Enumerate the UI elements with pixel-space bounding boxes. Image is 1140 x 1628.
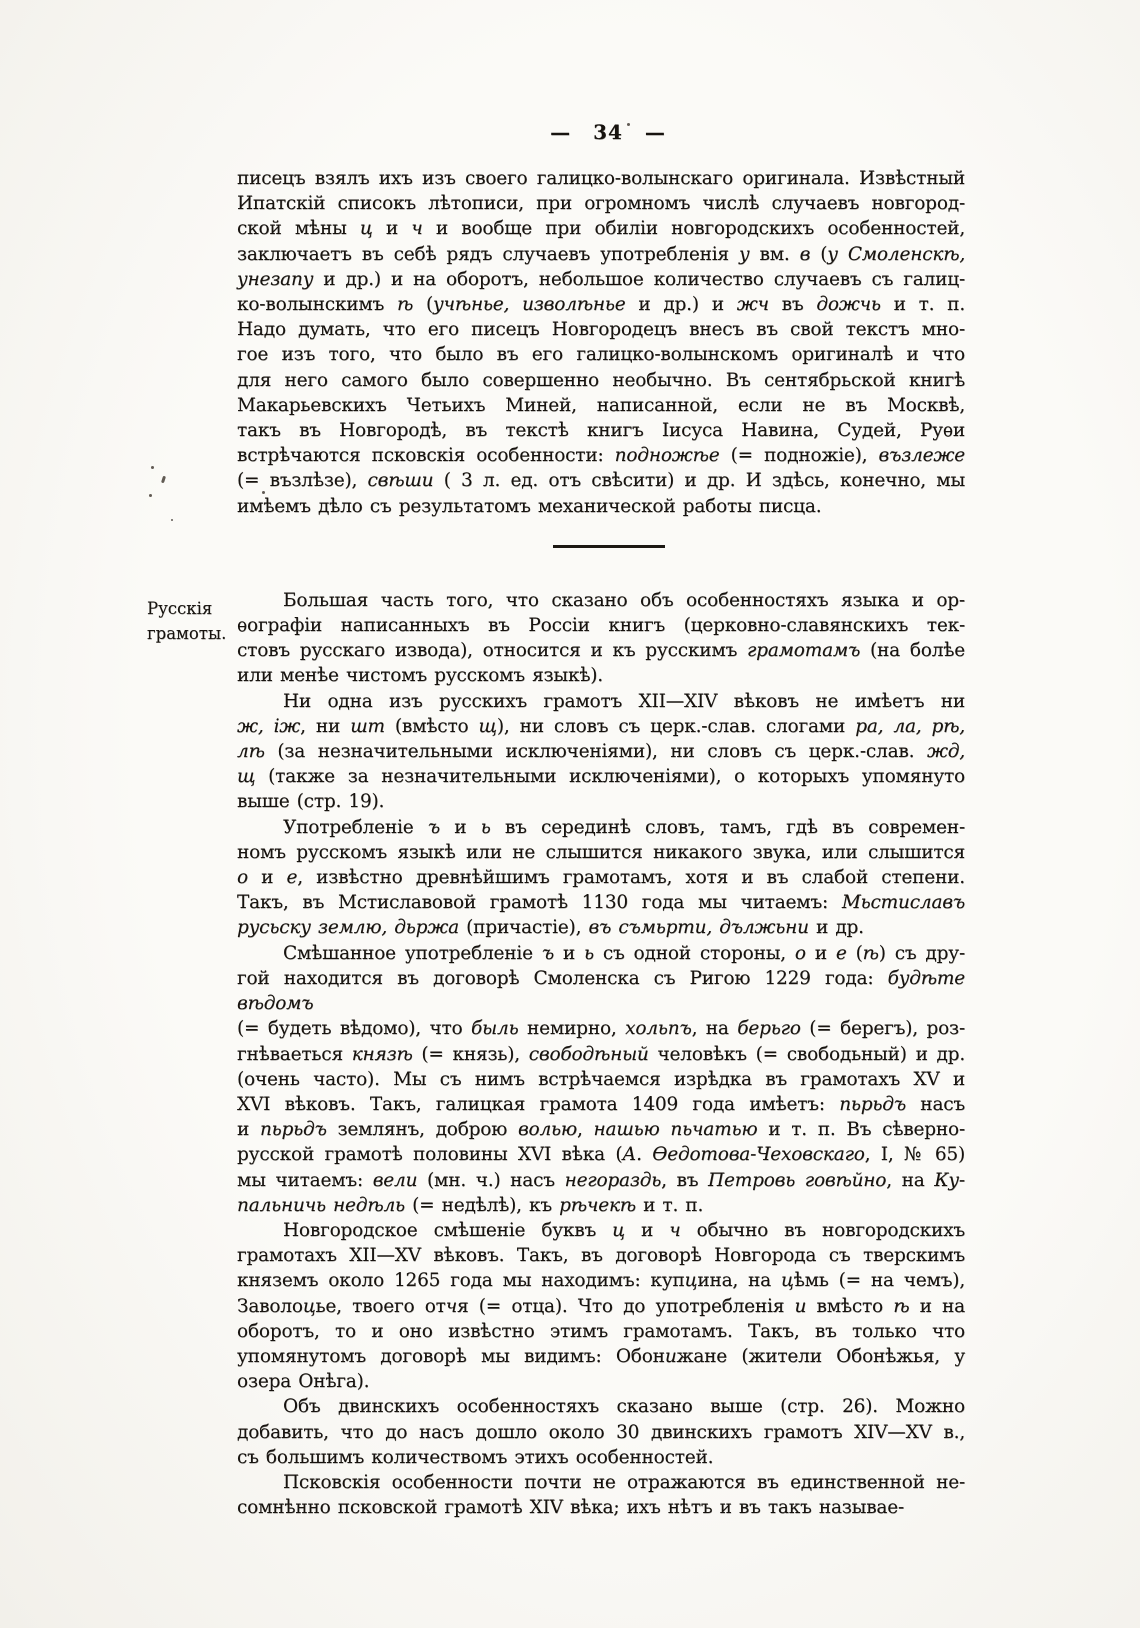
text-line: гнѣваеться князѣ (= князь), свободѣный ч…	[237, 1042, 965, 1067]
text-line: упомянутомъ договорѣ мы видимъ: Обонижан…	[237, 1344, 965, 1369]
text-line: озера Онѣга).	[237, 1369, 965, 1394]
text-line: писецъ взялъ ихъ изъ своего галицко-волы…	[237, 166, 965, 191]
text-line: XVI вѣковъ. Такъ, галицкая грамота 1409 …	[237, 1092, 965, 1117]
continuation-paragraph: писецъ взялъ ихъ изъ своего галицко-волы…	[237, 166, 965, 519]
paragraph-russian-charters-intro: Большая часть того, что сказано объ особ…	[237, 588, 965, 689]
text-line: или менѣе чистомъ русскомъ языкѣ).	[237, 663, 965, 688]
text-line: сомнѣнно псковской грамотѣ XIV вѣка; ихъ…	[237, 1495, 965, 1520]
text-line: выше (стр. 19).	[237, 789, 965, 814]
text-line: стовъ русскаго извода), относится и къ р…	[237, 638, 965, 663]
text-line: (= възлѣзе), свѣши ( 3 л. ед. отъ свѣсит…	[237, 468, 965, 493]
text-line: встрѣчаются псковскія особенности: подно…	[237, 443, 965, 468]
text-line: пальничь недѣль (= недѣлѣ), къ рѣчекѣ и …	[237, 1193, 965, 1218]
text-line: лѣ (за незначительными исключеніями), ни…	[237, 739, 965, 764]
text-line: Смѣшанное употребленіе ъ и ь съ одной ст…	[237, 941, 965, 966]
text-line: добавить, что до насъ дошло около 30 дви…	[237, 1420, 965, 1445]
text-line: о и е, извѣстно древнѣйшимъ грамотамъ, х…	[237, 865, 965, 890]
text-line: гой находится въ договорѣ Смоленска съ Р…	[237, 966, 965, 1016]
margin-note-line-1: Русскія	[147, 596, 235, 621]
text-line: щ (также за незначительными исключеніями…	[237, 764, 965, 789]
text-line: Макарьевскихъ Четьихъ Миней, написанной,…	[237, 393, 965, 418]
text-line: Заволоцье, твоего отчя (= отца). Что до …	[237, 1294, 965, 1319]
text-line: Ипатскій списокъ лѣтописи, при огромномъ…	[237, 191, 965, 216]
ink-speck	[151, 466, 154, 469]
section-divider	[553, 545, 665, 548]
text-line: Объ двинскихъ особенностяхъ сказано выше…	[237, 1394, 965, 1419]
page-number: — 34 —	[237, 120, 979, 144]
text-line: унезапу и др.) и на оборотъ, небольшое к…	[237, 267, 965, 292]
text-line: Новгородское смѣшеніе буквъ ц и ч обычно…	[237, 1218, 965, 1243]
text-line: заключаетъ въ себѣ рядъ случаевъ употреб…	[237, 242, 965, 267]
text-line: для него самого было совершенно необычно…	[237, 368, 965, 393]
text-line: (очень часто). Мы съ нимъ встрѣчаемся из…	[237, 1067, 965, 1092]
text-line: (= будеть вѣдомо), что быль немирно, хол…	[237, 1016, 965, 1041]
text-line: Употребленіе ъ и ь въ серединѣ словъ, та…	[237, 815, 965, 840]
text-line: Псковскія особенности почти не отражаютс…	[237, 1470, 965, 1495]
margin-note-line-2: грамоты.	[147, 621, 235, 646]
text-line: Надо думать, что его писецъ Новгородецъ …	[237, 317, 965, 342]
text-line: ской мѣны ц и ч и вообще при обиліи новг…	[237, 216, 965, 241]
margin-note: Русскія грамоты.	[147, 596, 235, 646]
text-line: такъ въ Новгородѣ, въ текстѣ книгъ Іисус…	[237, 418, 965, 443]
text-line: Большая часть того, что сказано объ особ…	[237, 588, 965, 613]
ink-speck	[627, 123, 630, 126]
text-line: русской грамотѣ половины XVI вѣка (А. Ѳе…	[237, 1142, 965, 1167]
text-line: ѳографіи написанныхъ въ Россіи книгъ (це…	[237, 613, 965, 638]
paragraph-mixed-usage: Смѣшанное употребленіе ъ и ь съ одной ст…	[237, 941, 965, 1218]
text-line: съ большимъ количествомъ этихъ особеннос…	[237, 1445, 965, 1470]
text-line: и пьрьдъ землянъ, доброю волью, нашью пь…	[237, 1117, 965, 1142]
text-line: номъ русскомъ языкѣ или не слышится ника…	[237, 840, 965, 865]
text-line: грамотахъ XII—XV вѣковъ. Такъ, въ догово…	[237, 1243, 965, 1268]
ink-speck	[149, 494, 152, 497]
text-line: княземъ около 1265 года мы находимъ: куп…	[237, 1268, 965, 1293]
ink-speck	[161, 476, 166, 484]
paragraph-charters-absent-features: Ни одна изъ русскихъ грамотъ XII—XIV вѣк…	[237, 689, 965, 815]
paragraph-jers-in-middle: Употребленіе ъ и ь въ серединѣ словъ, та…	[237, 815, 965, 941]
text-line: ж, іж, ни шт (вмѣсто щ), ни словъ съ цер…	[237, 714, 965, 739]
text-line: мы читаемъ: вели (мн. ч.) насъ негораздь…	[237, 1168, 965, 1193]
paragraph-novgorod-ts-ch: Новгородское смѣшеніе буквъ ц и ч обычно…	[237, 1218, 965, 1394]
text-line: русьску землю, дьржа (причастіе), въ съм…	[237, 915, 965, 940]
text-line: Такъ, въ Мстиславовой грамотѣ 1130 года …	[237, 890, 965, 915]
paragraph-pskov-features: Псковскія особенности почти не отражаютс…	[237, 1470, 965, 1520]
text-line: ко-волынскимъ ѣ (учѣнье, изволѣнье и др.…	[237, 292, 965, 317]
ink-speck	[171, 519, 173, 521]
text-line: гое изъ того, что было въ его галицко-во…	[237, 342, 965, 367]
scanned-book-page: — 34 — Русскія грамоты. писецъ взялъ ихъ…	[0, 0, 1140, 1628]
text-column: писецъ взялъ ихъ изъ своего галицко-волы…	[237, 166, 965, 1520]
text-line: оборотъ, то и оно извѣстно этимъ грамота…	[237, 1319, 965, 1344]
paragraph-dvina-features: Объ двинскихъ особенностяхъ сказано выше…	[237, 1394, 965, 1470]
text-line: Ни одна изъ русскихъ грамотъ XII—XIV вѣк…	[237, 689, 965, 714]
text-line: имѣемъ дѣло съ результатомъ механической…	[237, 494, 965, 519]
